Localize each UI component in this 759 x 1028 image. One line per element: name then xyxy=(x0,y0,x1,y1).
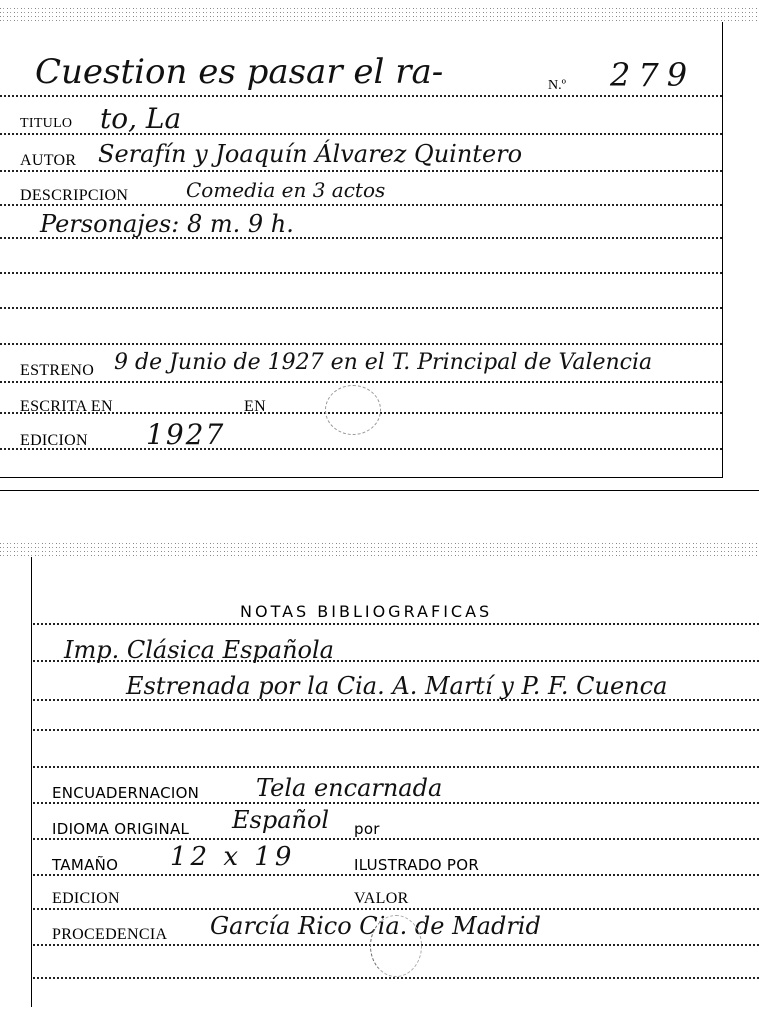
encuadernacion-value: Tela encarnada xyxy=(256,774,442,802)
number-label: N.º xyxy=(548,78,566,94)
ruled-line xyxy=(33,802,759,804)
escrita-en-label: ESCRITA EN xyxy=(20,398,113,416)
ruled-line xyxy=(0,448,722,450)
titulo-label: TITULO xyxy=(20,116,72,132)
estreno-value: 9 de Junio de 1927 en el T. Principal de… xyxy=(114,350,652,375)
idioma-original-value: Español xyxy=(232,806,329,834)
valor-label: VALOR xyxy=(354,890,409,908)
edicion-label-2: EDICION xyxy=(52,890,120,908)
procedencia-label: PROCEDENCIA xyxy=(52,926,167,944)
ilustrado-por-label: ILUSTRADO POR xyxy=(354,856,479,874)
ruled-line xyxy=(33,623,759,625)
estreno-label: ESTRENO xyxy=(20,362,94,380)
title-handwritten-line1: Cuestion es pasar el ra- xyxy=(35,52,443,92)
ruled-line xyxy=(33,874,759,876)
ruled-line xyxy=(0,343,722,345)
ruled-line xyxy=(0,381,722,383)
edicion-label: EDICION xyxy=(20,432,88,450)
por-label: por xyxy=(354,820,380,838)
ruled-line xyxy=(0,170,722,172)
ruled-line xyxy=(33,908,759,910)
titulo-value: to, La xyxy=(100,102,181,135)
personajes-value: Personajes: 8 m. 9 h. xyxy=(40,210,294,238)
autor-label: AUTOR xyxy=(20,152,76,170)
descripcion-value: Comedia en 3 actos xyxy=(186,178,385,202)
ruled-line xyxy=(0,307,722,309)
scan-noise-top xyxy=(0,8,759,22)
note-line-2: Estrenada por la Cia. A. Martí y P. F. C… xyxy=(126,672,667,700)
ruled-line xyxy=(33,729,759,731)
tamano-value: 12 x 19 xyxy=(170,842,295,872)
stamp-mark xyxy=(325,385,381,435)
encuadernacion-label: ENCUADERNACION xyxy=(52,784,199,802)
notas-bibliograficas-heading: NOTAS BIBLIOGRAFICAS xyxy=(240,602,492,621)
tamano-label: TAMAÑO xyxy=(52,856,118,874)
ruled-line xyxy=(0,272,722,274)
descripcion-label: DESCRIPCION xyxy=(20,187,128,205)
scan-noise-top xyxy=(0,543,759,557)
stamp-mark xyxy=(370,915,422,977)
note-line-1: Imp. Clásica Española xyxy=(64,636,334,664)
card-divider xyxy=(0,490,759,491)
edicion-value: 1927 xyxy=(146,418,225,451)
en-label: EN xyxy=(244,398,266,416)
idioma-original-label: IDIOMA ORIGINAL xyxy=(52,820,189,838)
ruled-line xyxy=(33,766,759,768)
ruled-line xyxy=(33,977,759,979)
ruled-line xyxy=(0,95,722,97)
autor-value: Serafín y Joaquín Álvarez Quintero xyxy=(98,140,522,168)
catalog-number: 279 xyxy=(610,56,695,94)
ruled-line xyxy=(33,838,759,840)
